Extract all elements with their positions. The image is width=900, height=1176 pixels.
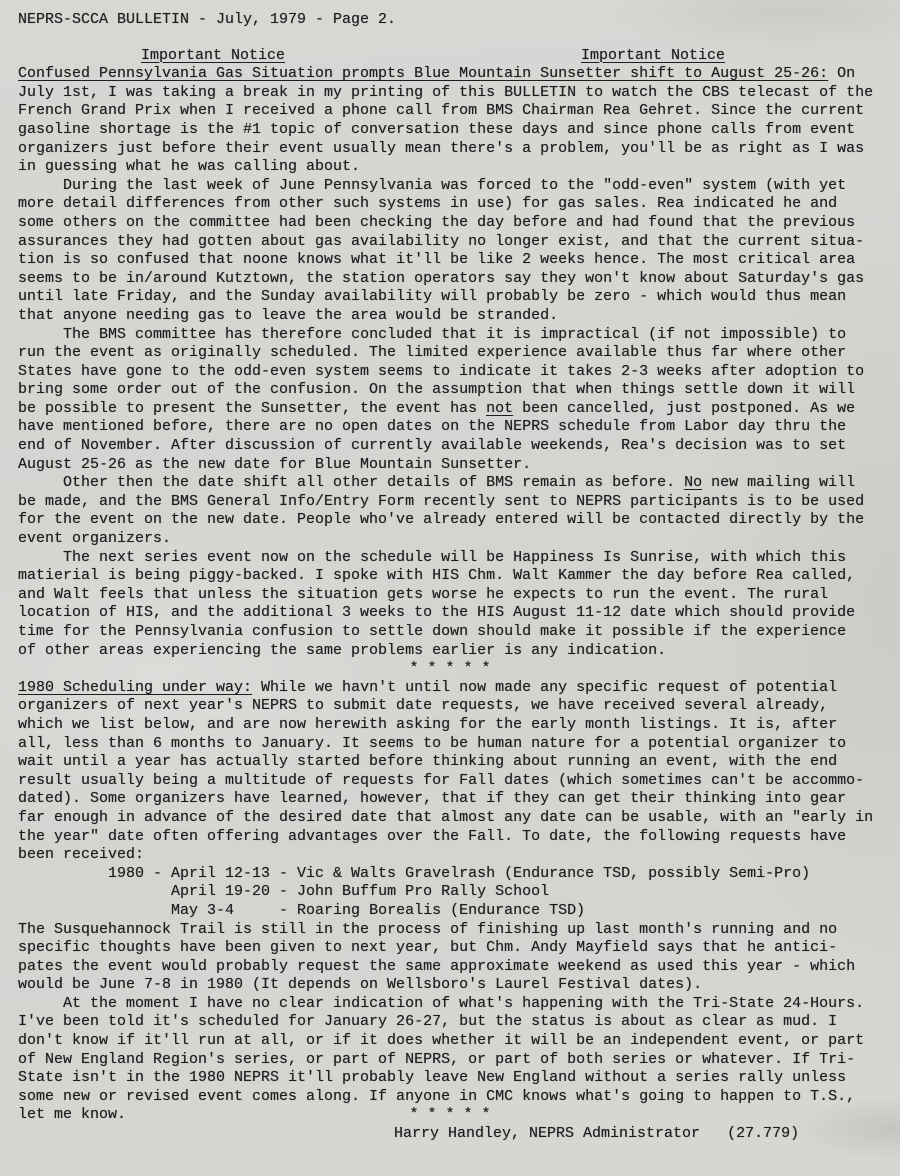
blue-mountain-paragraph-4: Other then the date shift all other deta… [18,474,882,548]
blue-mountain-paragraph-2: During the last week of June Pennsylvani… [18,177,882,326]
blue-mountain-paragraph-5: The next series event now on the schedul… [18,549,882,661]
scheduling-lead-paragraph: 1980 Scheduling under way: While we havn… [18,679,882,865]
asterisk-separator-1: * * * * * [18,660,882,679]
scheduling-paragraph-1: While we havn't until now made any speci… [18,679,873,863]
scheduling-headline: 1980 Scheduling under way: [18,679,252,696]
susquehannock-paragraph: The Susquehannock Trail is still in the … [18,921,882,995]
schedule-request-list: 1980 - April 12-13 - Vic & Walts Gravelr… [18,865,882,921]
blue-mountain-lead-paragraph: Confused Pennsylvania Gas Situation prom… [18,65,882,177]
important-notice-left: Important Notice [141,47,285,66]
paragraph-4-text-before: Other then the date shift all other deta… [18,474,684,491]
signature-name: Harry Handley, NEPRS Administrator [394,1125,700,1142]
blue-mountain-headline: Confused Pennsylvania Gas Situation prom… [18,65,828,82]
blue-mountain-paragraph-3: The BMS committee has therefore conclude… [18,326,882,475]
schedule-request-line-2: April 19-20 - John Buffum Pro Rally Scho… [18,883,882,902]
schedule-request-line-3: May 3-4 - Roaring Borealis (Endurance TS… [18,902,882,921]
bulletin-page: NEPRS-SCCA BULLETIN - July, 1979 - Page … [0,0,900,1144]
underlined-word-no: No [684,474,702,491]
underlined-word-not: not [486,400,513,417]
page-title: NEPRS-SCCA BULLETIN - July, 1979 - Page … [18,11,882,30]
signature-line: Harry Handley, NEPRS Administrator(27.77… [18,1125,882,1144]
asterisk-separator-2: * * * * * [18,1106,882,1125]
notice-row: Important Notice Important Notice [18,47,882,66]
tristate-text: At the moment I have no clear indication… [18,995,864,1124]
schedule-request-line-1: 1980 - April 12-13 - Vic & Walts Gravelr… [18,865,882,884]
tristate-paragraph: At the moment I have no clear indication… [18,995,882,1125]
signature-number: (27.779) [727,1125,799,1142]
important-notice-right: Important Notice [581,47,725,66]
